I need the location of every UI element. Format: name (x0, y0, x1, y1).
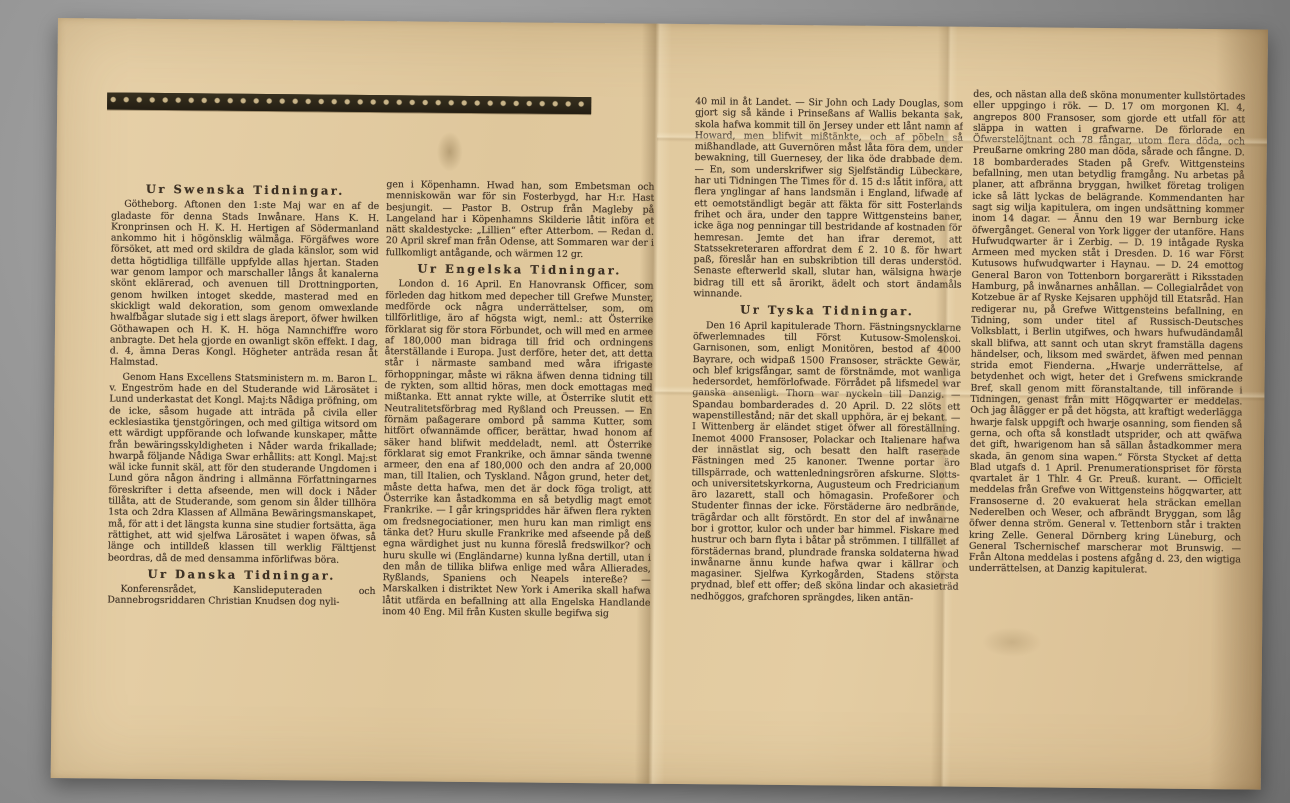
article-paragraph: London d. 16 April. En Hanovransk Office… (382, 279, 653, 620)
article-paragraph: des, och nästan alla deß sköna monumente… (969, 89, 1246, 577)
column-2: gen i Köpenhamn. Hwad han, som Embetsman… (381, 179, 654, 727)
article-paragraph: Den 16 April kapitulerade Thorn. Fästnin… (690, 320, 961, 605)
ornamental-border (107, 92, 591, 114)
section-heading-english: Ur Engelska Tidningar. (386, 263, 654, 277)
photo-background: Ur Swenska Tidningar. Götheborg. Aftonen… (0, 0, 1290, 803)
column-4: des, och nästan alla deß sköna monumente… (967, 89, 1245, 712)
column-1: Ur Swenska Tidningar. Götheborg. Aftonen… (106, 179, 379, 722)
paper-stain (437, 132, 463, 172)
article-paragraph: gen i Köpenhamn. Hwad han, som Embetsman… (386, 179, 655, 261)
newspaper-sheet: Ur Swenska Tidningar. Götheborg. Aftonen… (51, 18, 1268, 790)
article-paragraph: Genom Hans Excellens Statsministern m. m… (108, 371, 378, 566)
column-3: 40 mil in åt Landet. — Sir John och Lady… (689, 96, 963, 714)
article-paragraph: 40 mil in åt Landet. — Sir John och Lady… (693, 96, 963, 302)
section-heading-swedish: Ur Swenska Tidningar. (111, 184, 379, 198)
article-paragraph: Konferensrådet, Kanslideputeraden och Da… (107, 584, 375, 609)
section-heading-danish: Ur Danska Tidningar. (108, 568, 376, 582)
article-paragraph: Götheborg. Aftonen den 1:ste Maj war en … (110, 199, 380, 371)
section-heading-german: Ur Tyska Tidningar. (693, 304, 961, 318)
